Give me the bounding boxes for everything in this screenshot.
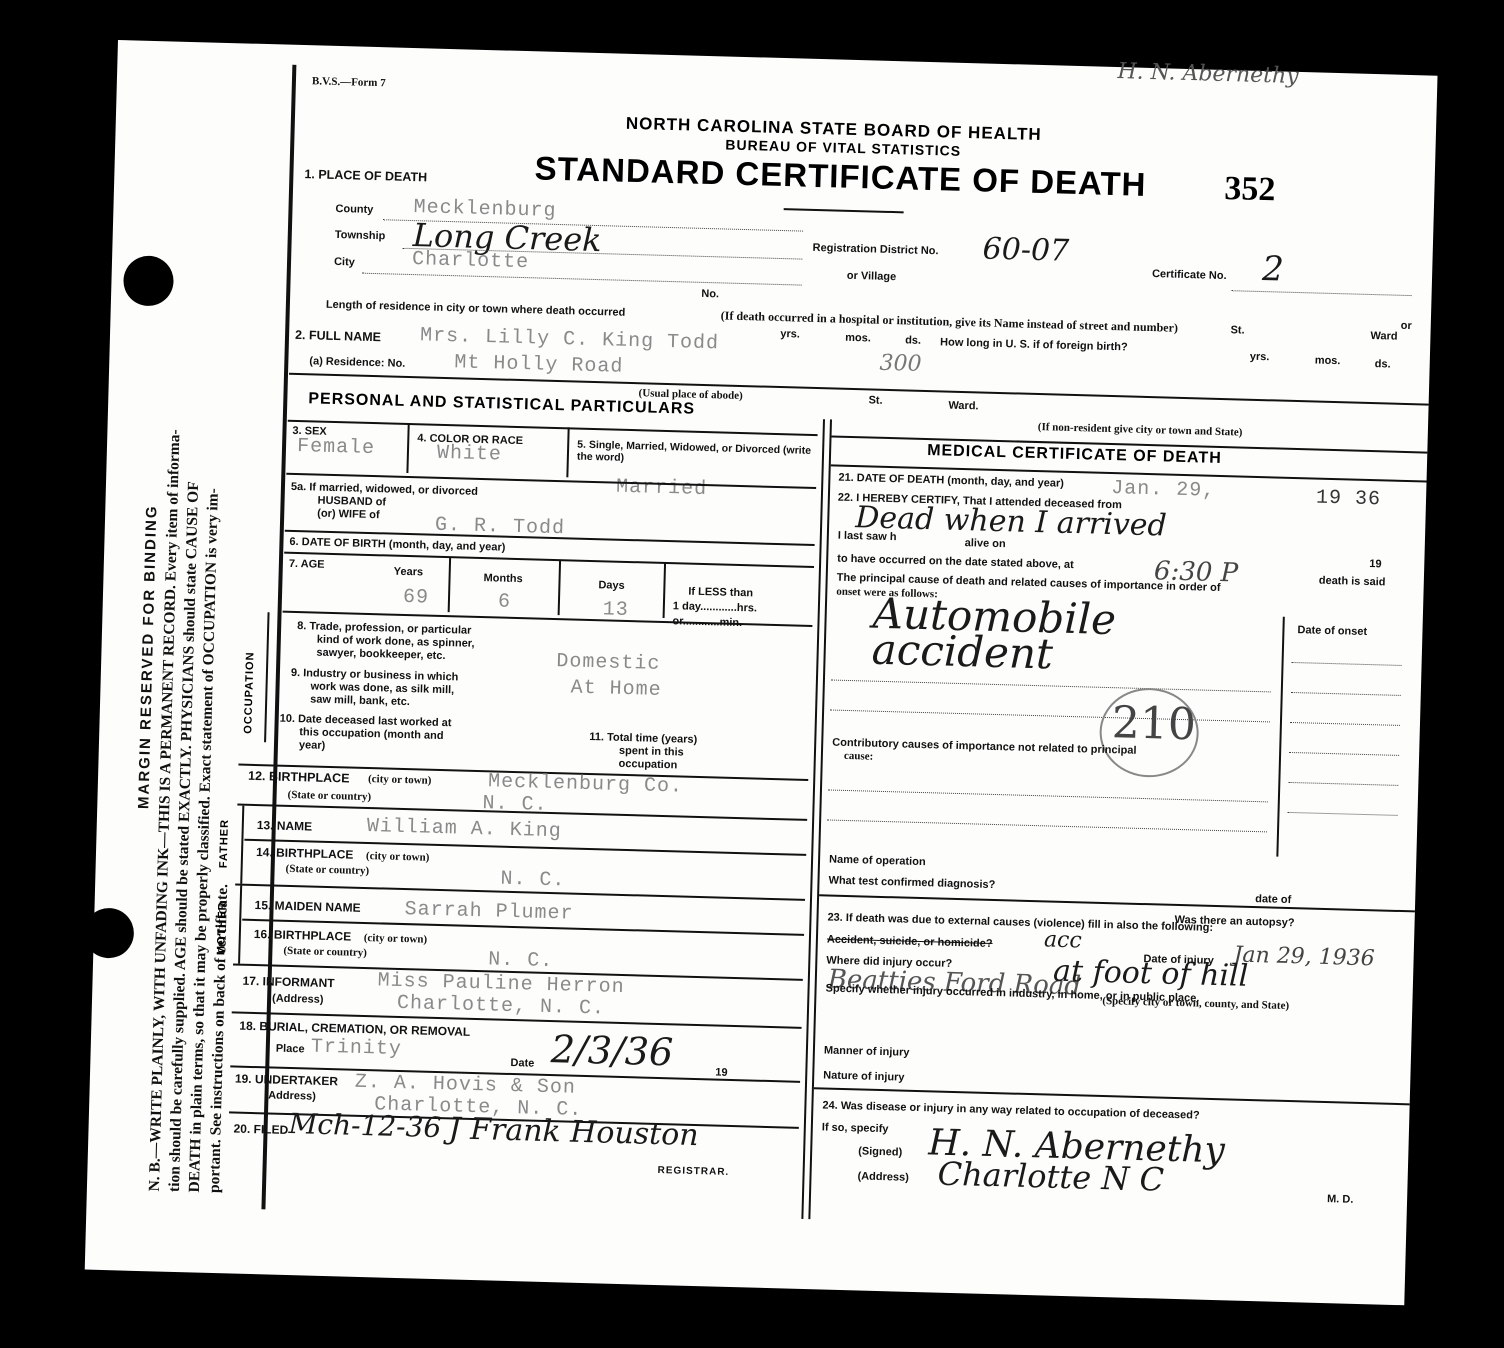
nonresident-note: (If non-resident give city or town and S… <box>1038 421 1243 439</box>
father-name-label: 13. NAME <box>257 818 313 833</box>
undertaker-address-label: (Address) <box>264 1089 316 1102</box>
informant-label: 17. INFORMANT <box>242 974 334 990</box>
if-so-label: If so, specify <box>822 1121 889 1135</box>
cause-line <box>830 710 1270 723</box>
birthplace-state-label: (State or country) <box>287 789 371 803</box>
personal-section-title: PERSONAL AND STATISTICAL PARTICULARS <box>308 390 695 418</box>
row-rule <box>284 552 814 568</box>
industry-value: At Home <box>570 676 662 701</box>
signed-label: (Signed) <box>858 1145 902 1158</box>
burial-place: Trinity <box>311 1036 403 1061</box>
nature-label: Nature of injury <box>823 1069 905 1083</box>
contributory-label-2: cause: <box>844 750 874 763</box>
res-ds: ds. <box>905 334 921 346</box>
father-divider <box>240 806 244 884</box>
margin-instructions: N. B.—WRITE PLAINLY, WITH UNFADING INK—T… <box>145 429 246 1193</box>
less-hrs: 1 day............hrs. <box>673 600 757 614</box>
mother-state-label: (State or country) <box>283 945 367 959</box>
city-value: Charlotte <box>412 248 530 274</box>
last-worked-label: 10. Date deceased last worked at this oc… <box>279 713 452 757</box>
res-st-label: St. <box>868 394 882 406</box>
race-divider <box>566 427 569 477</box>
city-line <box>362 273 802 286</box>
occupation-side-label: OCCUPATION <box>242 651 256 734</box>
onset-line <box>1291 692 1401 696</box>
registrar-label: REGISTRAR. <box>657 1165 729 1178</box>
days-label: Days <box>598 579 625 592</box>
form-id: B.V.S.—Form 7 <box>312 75 386 89</box>
onset-line <box>1289 752 1399 756</box>
filed-label: 20. FILED <box>233 1122 288 1137</box>
residence-number: 300 <box>879 351 922 377</box>
dod-label: 21. DATE OF DEATH (month, day, and year) <box>838 472 1064 490</box>
onset-line <box>1288 812 1398 816</box>
death-said-label: death is said <box>1319 575 1386 589</box>
residence-label: (a) Residence: No. <box>309 355 405 370</box>
trade-label: 8. Trade, profession, or particular kind… <box>296 620 475 664</box>
foreign-yrs: yrs. <box>1250 351 1270 364</box>
onset-divider <box>1276 617 1284 857</box>
top-scrawl: H. N. Abernethy <box>1117 59 1299 89</box>
maiden-name-label: 15. MAIDEN NAME <box>254 898 360 915</box>
mother-city-label: (city or town) <box>364 932 428 946</box>
age-divider <box>558 560 561 615</box>
marital-label: 5. Single, Married, Widowed, or Divorced… <box>577 439 818 469</box>
filed-date: Mch-12-36 <box>288 1107 441 1144</box>
spouse-label-3: (or) WIFE of <box>317 508 380 522</box>
race-value: White <box>437 442 503 467</box>
contributory-label-1: Contributory causes of importance not re… <box>832 737 1137 757</box>
cause-line-2: accident <box>871 625 1053 679</box>
reg-district-value: 60-07 <box>982 231 1069 268</box>
md-label: M. D. <box>1327 1193 1354 1206</box>
village-label: or Village <box>847 270 897 283</box>
sex-divider <box>406 423 409 473</box>
binding-hole-top <box>123 255 174 306</box>
res-ward-label: Ward. <box>948 400 978 413</box>
onset-line <box>1292 662 1402 666</box>
mother-state: N. C. <box>488 948 554 973</box>
place-of-death-label: 1. PLACE OF DEATH <box>304 167 427 184</box>
external-label: 23. If death was due to external causes … <box>827 912 1213 934</box>
mother-side-label: MOTHER <box>215 901 228 955</box>
attended-value: Dead when I arrived <box>855 500 1167 543</box>
operation-label: Name of operation <box>829 854 926 869</box>
father-state: N. C. <box>500 868 566 893</box>
father-name: William A. King <box>367 815 563 843</box>
injury-date-value: Jan 29, 1936 <box>1233 943 1375 972</box>
birthplace-city-label: (city or town) <box>368 773 432 787</box>
industry-label: 9. Industry or business in which work wa… <box>290 667 458 711</box>
binding-hole-bottom <box>83 907 134 958</box>
cause-line <box>831 680 1271 693</box>
stamp-number: 352 <box>1224 170 1276 209</box>
contributory-line <box>828 789 1268 802</box>
no-label: No. <box>701 288 719 300</box>
manner-label: Manner of injury <box>824 1044 910 1058</box>
cert-no-line <box>1232 290 1412 296</box>
less-than-label: If LESS than <box>688 586 753 600</box>
certificate-title: STANDARD CERTIFICATE OF DEATH <box>534 149 1147 204</box>
foreign-mos: mos. <box>1315 354 1341 367</box>
personal-rule <box>288 420 818 436</box>
dod-value: Jan. 29, <box>1111 477 1216 503</box>
physician-address: Charlotte N C <box>937 1155 1164 1199</box>
contributory-line <box>827 819 1267 832</box>
accident-label: Accident, suicide, or homicide? <box>827 934 993 950</box>
informant-address-label: (Address) <box>272 993 324 1006</box>
ward-label: Ward <box>1370 330 1397 343</box>
sex-value: Female <box>297 435 376 460</box>
burial-date-label: Date <box>510 1057 534 1070</box>
mother-birthplace-label: 16. BIRTHPLACE <box>254 927 352 944</box>
cert-no-label: Certificate No. <box>1152 268 1227 282</box>
father-birthplace-label: 14. BIRTHPLACE <box>256 845 354 862</box>
onset-line <box>1288 782 1398 786</box>
burial-place-label: Place <box>276 1043 305 1056</box>
cert-no-value: 2 <box>1262 249 1285 290</box>
spouse-label-2: HUSBAND of <box>317 495 386 509</box>
where-extra: at foot of hill <box>1053 954 1249 994</box>
marital-value: Married <box>616 476 708 501</box>
res-mos: mos. <box>845 332 871 345</box>
age-months: 6 <box>498 590 512 613</box>
burial-date: 2/3/36 <box>550 1027 673 1074</box>
onset-header: Date of onset <box>1297 624 1367 638</box>
maiden-name: Sarrah Plumer <box>404 898 574 926</box>
dod-year: 19 36 <box>1316 487 1382 512</box>
trade-value: Domestic <box>556 650 661 676</box>
alive-on-label: alive on <box>965 537 1006 550</box>
accident-value: acc <box>1044 927 1082 953</box>
classification-code: 210 <box>1111 697 1196 750</box>
city-label: City <box>334 256 355 269</box>
death-certificate-page: MARGIN RESERVED FOR BINDING N. B.—WRITE … <box>85 40 1438 1305</box>
full-name-label: 2. FULL NAME <box>295 328 381 344</box>
county-label: County <box>335 203 373 216</box>
occupation-divider <box>264 612 270 742</box>
father-side-label: FATHER <box>218 819 231 868</box>
age-years: 69 <box>403 586 430 610</box>
q24-label: 24. Was disease or injury in any way rel… <box>822 1099 1200 1121</box>
physician-address-label: (Address) <box>857 1170 909 1183</box>
occurred-label: to have occurred on the date stated abov… <box>837 553 1074 571</box>
onset-line <box>1290 722 1400 726</box>
mother-divider <box>238 886 242 964</box>
residence-length-label: Length of residence in city or town wher… <box>326 299 626 319</box>
foreign-birth-label: How long in U. S. if of foreign birth? <box>940 336 1128 353</box>
st-label: St. <box>1230 324 1244 336</box>
medical-rule <box>819 894 1415 912</box>
father-city-label: (city or town) <box>366 850 430 864</box>
total-time-label: 11. Total time (years) spent in this occ… <box>588 731 697 773</box>
age-divider <box>663 563 666 618</box>
township-label: Township <box>335 229 386 242</box>
age-divider <box>448 557 451 612</box>
father-state-label: (State or country) <box>285 863 369 877</box>
age-label: 7. AGE <box>289 558 325 571</box>
or-label: or <box>1401 320 1412 332</box>
foreign-ds: ds. <box>1375 358 1391 370</box>
registrar-signature: J Frank Houston <box>448 1111 699 1153</box>
test-label: What test confirmed diagnosis? <box>828 875 995 892</box>
title-rule <box>784 208 904 213</box>
last-saw-label: I last saw h <box>838 530 897 544</box>
undertaker-label: 19. UNDERTAKER <box>235 1072 338 1089</box>
years-label: Years <box>394 566 424 579</box>
residence-value: Mt Holly Road <box>454 351 624 379</box>
res-yrs: yrs. <box>780 328 800 341</box>
reg-district-label: Registration District No. <box>812 242 938 257</box>
birthplace-label: 12. BIRTHPLACE <box>248 769 350 786</box>
alive-year: 19 <box>1369 558 1382 570</box>
burial-year-suffix: 19 <box>715 1067 728 1079</box>
date-of-label: date of <box>1255 893 1291 906</box>
dob-label: 6. DATE OF BIRTH (month, day, and year) <box>289 536 505 554</box>
months-label: Months <box>483 572 522 585</box>
